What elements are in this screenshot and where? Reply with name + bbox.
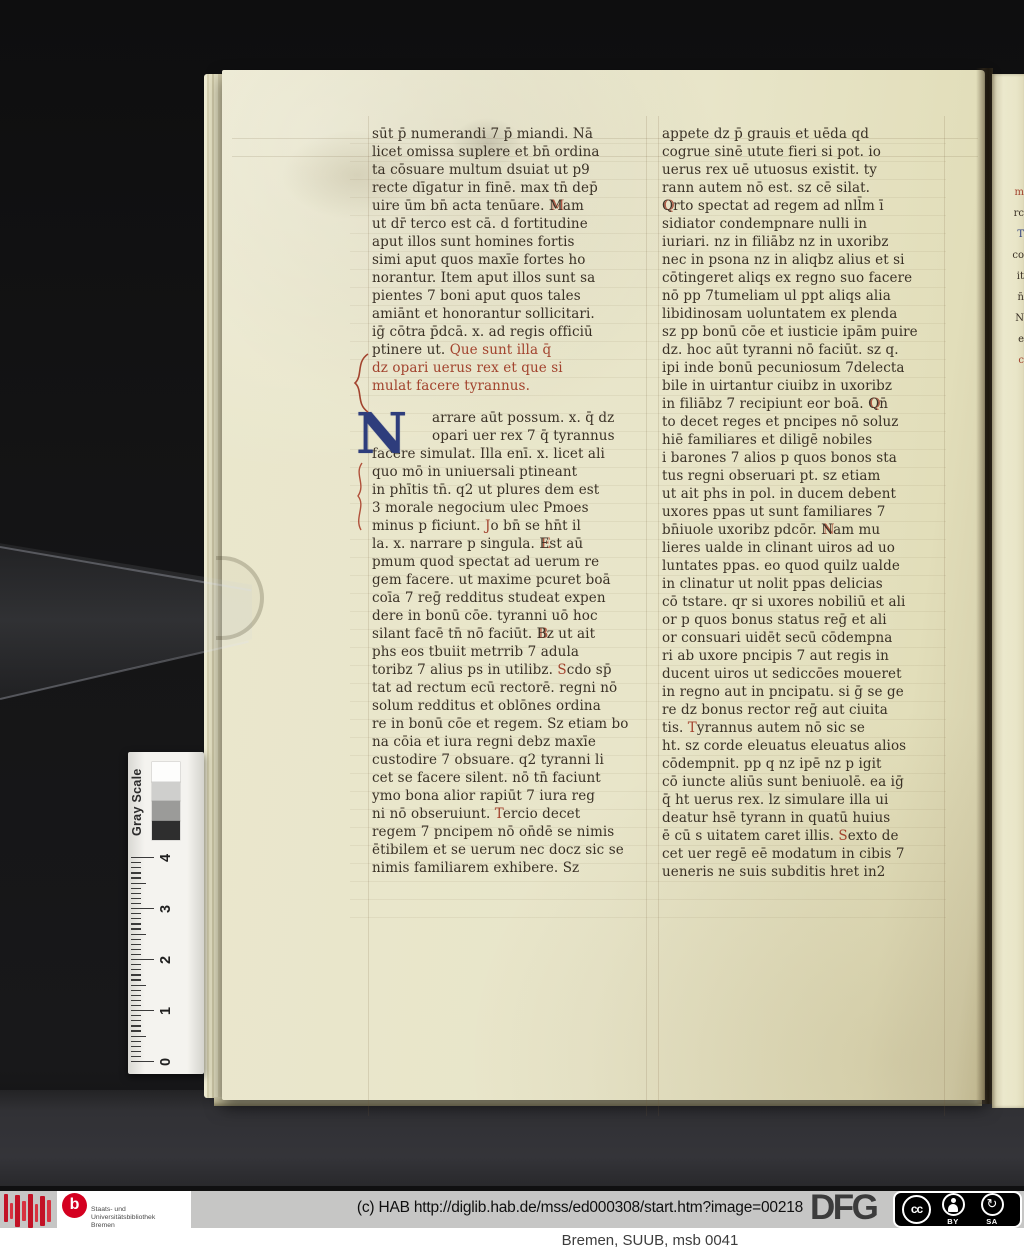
manuscript-text-line: or p quos bonus status reḡ et ali [662,612,948,630]
illuminated-initial: N [356,406,408,466]
cc-by-label: BY [947,1217,958,1226]
ruler-tick [131,995,141,996]
library-name: Staats- und Universitätsbibliothek Breme… [91,1206,155,1230]
manuscript-text-line: ut dr̄ terco est cā. d fortitudine [372,216,648,234]
ruler-tick [131,872,141,873]
ruler-tick [131,949,141,950]
manuscript-text-line: iḡ cōtra p̄dcā. x. ad regis officiū [372,324,648,342]
manuscript-page: N sūt p̄ numerandi 7 p̄ miandi. Nālicet … [222,70,985,1100]
manuscript-text-line: ducent uiros ut sediccōes moueret [662,666,948,684]
cc-by-unit: BY [936,1193,970,1226]
digitized-manuscript-viewer: N sūt p̄ numerandi 7 p̄ miandi. Nālicet … [0,0,1024,1252]
ruler-number: 1 [158,1002,176,1020]
manuscript-text-line: to decet reges et pncipes nō soluz [662,414,948,432]
manuscript-text-line: Qrto spectat ad regem ad nll̄m ī [662,198,948,216]
manuscript-column-right: appete dz p̄ grauis et uēda qdcogrue sin… [662,126,948,882]
manuscript-text-line: na cōia et iura regni debz maxīe [372,734,648,752]
manuscript-text-line: silant facē tn̄ nō faciūt. Bz ut ait [372,626,648,644]
shelfmark-caption: Bremen, SUUB, msb 0041 [400,1232,900,1249]
manuscript-text-line: luntates ppas. eo quod quilz ualde [662,558,948,576]
manuscript-text-line: ht. sz corde eleuatus eleuatus alios [662,738,948,756]
manuscript-text-line: ptinere ut. Que sunt illa q̄ [372,342,648,360]
manuscript-text-line: iuriari. nz in filiābz nz in uxoribz [662,234,948,252]
ruler-tick [131,883,146,884]
manuscript-text-line: ta cōsuare multum dsuiat ut p9 [372,162,648,180]
edge-fragment: co [1008,245,1024,266]
manuscript-text-line: cōtingeret aliqs ex regno suo facere [662,270,948,288]
edge-fragment: N [1008,308,1024,329]
manuscript-text-line: recte dīgatur in finē. max tn̄ dep̄ [372,180,648,198]
ruler-tick [131,959,154,960]
library-logo-initial: b [62,1193,87,1218]
manuscript-column-left: N sūt p̄ numerandi 7 p̄ miandi. Nālicet … [372,126,648,878]
manuscript-text-line: bn̄iuole uxoribz pdcōr. Nam mu [662,522,948,540]
manuscript-text-line: toribz 7 alius ps in utilibz. Scdo sp̄ [372,662,648,680]
ruler-tick [131,1046,141,1047]
manuscript-text-line: coīa 7 reḡ redditus studeat expen [372,590,648,608]
manuscript-text-line: sz pp bonū cōe et iusticie ipām puire [662,324,948,342]
manuscript-text-line: la. x. narrare p singula. Est aū [372,536,648,554]
manuscript-text-line: libidinosam uoluntatem ex plenda [662,306,948,324]
manuscript-text-line: ueneris ne suis subditis hret in2 [662,864,948,882]
ruler-tick [131,908,154,909]
manuscript-text-line: arrare aūt possum. x. q̄ dz [372,410,648,428]
ruler-tick [131,903,141,904]
manuscript-text-line: dz opari uerus rex et que si [372,360,648,378]
manuscript-text-line: gem facere. ut maxime pcuret boā [372,572,648,590]
manuscript-text-line: facere simulat. Illa enī. x. licet ali [372,446,648,464]
manuscript-text-line: 3 morale negocium ulec Pmoes [372,500,648,518]
manuscript-text-line: phs eos tbuiit metrrib 7 adula [372,644,648,662]
edge-fragment: n̄ [1008,287,1024,308]
ruler-tick [131,1030,141,1031]
edge-fragment: T [1008,224,1024,245]
ruler-tick [131,1056,141,1057]
edge-fragment: c [1008,350,1024,371]
ruler-tick [131,928,141,929]
ruling-line-vertical [658,116,659,1116]
library-name-line: Universitätsbibliothek [91,1214,155,1222]
ruler-tick [131,1015,141,1016]
cc-by-person-icon [942,1193,965,1216]
grayscale-ruler: Gray Scale 43210 [128,752,204,1074]
library-name-line: Bremen [91,1222,155,1230]
manuscript-text-line: ipi inde bonū pecuniosum 7delecta [662,360,948,378]
ruler-number: 4 [158,849,176,867]
manuscript-text-line: quo mō in uniuersali ptineant [372,464,648,482]
facing-page-text-fragments: mrcTcoitn̄Nec [1008,182,1024,372]
manuscript-text-line: pmum quod spectat ad uerum re [372,554,648,572]
ruler-tick [131,867,141,868]
manuscript-text-line: uerus rex uē utuosus existit. ty [662,162,948,180]
manuscript-text-line: cō tstare. qr si uxores nobiliū et ali [662,594,948,612]
cc-sa-unit: ↻ SA [975,1193,1009,1226]
manuscript-text-line: ymo bona alior rapiūt 7 iura reg [372,788,648,806]
logo-bar [40,1196,45,1226]
ruler-tick [131,913,141,914]
manuscript-text-line: in regno aut in pncipatu. si ḡ se ge [662,684,948,702]
manuscript-text-line: ētibilem et se uerum nec docz sic se [372,842,648,860]
manuscript-text-line: or consuari uidēt secū cōdempna [662,630,948,648]
ruler-tick [131,934,146,935]
manuscript-text-line: cō iuncte aliūs sunt beniuolē. ea iḡ [662,774,948,792]
ruler-tick [131,974,141,975]
manuscript-text-line: nō pp 7tumeliam ul ppt aliqs alia [662,288,948,306]
logo-bar [47,1200,51,1222]
manuscript-text-line: minus p ficiunt. Jo bn̄ se hn̄t il [372,518,648,536]
manuscript-text-line: in filiābz 7 recipiunt eor boā. Qn̄ [662,396,948,414]
manuscript-text-line: dere in bonū cōe. tyranni uō hoc [372,608,648,626]
edge-fragment: it [1008,266,1024,287]
ruler-tick [131,923,141,924]
ruler-tick [131,1061,154,1062]
manuscript-text-line: ni nō obseruiunt. Tercio decet [372,806,648,824]
logo-bar [35,1204,38,1222]
manuscript-text-line: re dz bonus rector reḡ aut ciuita [662,702,948,720]
cc-sa-arrow-icon: ↻ [981,1193,1004,1216]
edge-fragment: m [1008,182,1024,203]
ruler-tick [131,1051,141,1052]
ruler-tick [131,990,141,991]
ruler-tick [131,964,141,965]
manuscript-text-line: aput illos sunt homines fortis [372,234,648,252]
manuscript-text-line: ri ab uxore pncipis 7 aut regis in [662,648,948,666]
ruler-tick [131,1025,141,1026]
ruler-tick-scale: 43210 [128,752,204,1074]
manuscript-text-line: norantur. Item aput illos sunt sa [372,270,648,288]
ruler-tick [131,1010,154,1011]
manuscript-text-line: licet omissa suplere et bn̄ ordina [372,144,648,162]
manuscript-text-line: cogrue sinē utute fieri si pot. io [662,144,948,162]
logo-bar [15,1195,20,1227]
manuscript-text-line: pientes 7 boni aput quos tales [372,288,648,306]
copyright-url-line: (c) HAB http://diglib.hab.de/mss/ed00030… [280,1199,880,1217]
ruler-tick [131,893,141,894]
manuscript-text-line: in clinatur ut nolit ppas delicias [662,576,948,594]
manuscript-text-line: cet uer regē eē modatum in cibis 7 [662,846,948,864]
manuscript-text-line: i barones 7 alios p quos bonos sta [662,450,948,468]
manuscript-text-line: hiē familiares et diligē nobiles [662,432,948,450]
manuscript-text-line: ē cū s uitatem caret illis. Sexto de [662,828,948,846]
logo-bar [22,1201,26,1221]
manuscript-text-line: ut ait phs in pol. in ducem debent [662,486,948,504]
manuscript-text-line: custodire 7 obsuare. q2 tyranni li [372,752,648,770]
manuscript-text-line: sidiator condempnare nulli in [662,216,948,234]
cc-logo-icon: cc [902,1195,931,1224]
manuscript-text-line: regem 7 pncipem nō on̄dē se nimis [372,824,648,842]
ruler-tick [131,985,146,986]
ruler-tick [131,944,141,945]
manuscript-text-line: tis. Tyrannus autem nō sic se [662,720,948,738]
ruling-line-vertical [368,116,369,1116]
dfg-logo: DFG [810,1188,876,1228]
manuscript-text-line: uire ūm bn̄ acta tenūare. Mam [372,198,648,216]
manuscript-text-line: tus regni obseruari pt. sz etiam [662,468,948,486]
cc-license-badge: cc BY ↻ SA [893,1191,1022,1228]
manuscript-text-line: solum redditus et oblōnes ordina [372,698,648,716]
manuscript-text-line: simi aput quos maxīe fortes ho [372,252,648,270]
ruler-tick [131,979,141,980]
ruler-tick [131,1041,141,1042]
manuscript-text-line: cet se facere silent. nō tn̄ faciunt [372,770,648,788]
initial-penwork-flourish [352,462,368,532]
ruler-number: 2 [158,951,176,969]
manuscript-text-line: deatur hsē tyrann in quatū huius [662,810,948,828]
manuscript-text-line: cōdempnit. pp q nz ipē nz p igit [662,756,948,774]
library-logo-box: b Staats- und Universitätsbibliothek Bre… [57,1191,191,1236]
manuscript-text-line: nec in psona nz in aliqbz alius et si [662,252,948,270]
rubric-penwork-flourish [352,352,370,414]
ruler-tick [131,969,141,970]
manuscript-text-line: amiānt et honorantur sollicitari. [372,306,648,324]
edge-fragment: rc [1008,203,1024,224]
logo-bar [28,1194,33,1228]
manuscript-text-line: opari uer rex 7 q̄ tyrannus [372,428,648,446]
manuscript-text-line: tat ad rectum ecū rectorē. regni nō [372,680,648,698]
logo-bar [10,1203,13,1219]
ruler-tick [131,939,141,940]
manuscript-text-line: rann autem nō est. sz cē silat. [662,180,948,198]
manuscript-text-line: bile in uirtantur ciuibz in uxoribz [662,378,948,396]
manuscript-text-line: lieres ualde in clinant uiros ad uo [662,540,948,558]
manuscript-text-line: in phītis tn̄. q2 ut plures dem est [372,482,648,500]
ruler-tick [131,1036,146,1037]
suub-bremen-logo-mark [4,1194,54,1228]
ruler-tick [131,954,141,955]
manuscript-text-line: appete dz p̄ grauis et uēda qd [662,126,948,144]
manuscript-text-line: mulat facere tyrannus. [372,378,648,396]
manuscript-text-line: q̄ ht uerus rex. lz simulare illa ui [662,792,948,810]
manuscript-text-line: nimis familiarem exhibere. Sz [372,860,648,878]
cc-sa-label: SA [986,1217,997,1226]
manuscript-text-line [372,396,648,410]
edge-fragment: e [1008,329,1024,350]
library-name-line: Staats- und [91,1206,155,1214]
manuscript-text-line: re in bonū cōe et regem. Sz etiam bo [372,716,648,734]
ruler-tick [131,857,154,858]
ruler-tick [131,918,141,919]
ruler-tick [131,898,141,899]
manuscript-text-line: sūt p̄ numerandi 7 p̄ miandi. Nā [372,126,648,144]
ruler-number: 0 [158,1053,176,1071]
ruler-tick [131,862,141,863]
manuscript-text-line: uxores ppas ut sunt familiares 7 [662,504,948,522]
ruler-tick [131,1000,141,1001]
manuscript-text-line: dz. hoc aūt tyranni nō faciūt. sz q. [662,342,948,360]
ruler-number: 3 [158,900,176,918]
logo-bar [4,1194,8,1222]
book-gutter-crease [976,68,993,1104]
ruler-tick [131,888,141,889]
ruler-tick [131,1005,141,1006]
ruler-tick [131,1020,141,1021]
ruler-tick [131,877,141,878]
